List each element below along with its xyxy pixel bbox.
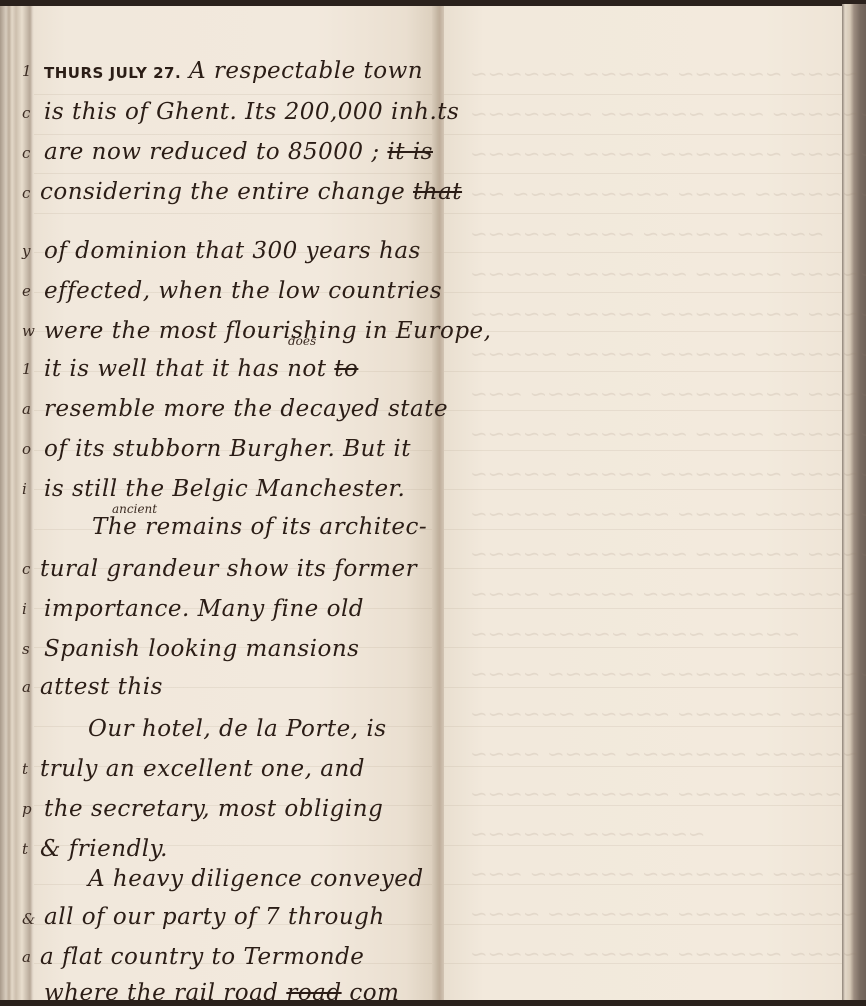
journal-line-17: Our hotel, de la Porte, is xyxy=(88,718,387,741)
journal-line-8: it is well that it has not to xyxy=(44,358,358,381)
journal-line-12: The remains of its architec- xyxy=(92,516,427,539)
inserted-word: does xyxy=(288,334,316,348)
journal-line-22: all of our party of 7 through xyxy=(44,906,385,929)
journal-line-18: truly an excellent one, and xyxy=(40,758,365,781)
journal-line-23: a flat country to Termonde xyxy=(40,946,364,969)
journal-line-15: Spanish looking mansions xyxy=(44,638,359,661)
journal-line-10: of its stubborn Burgher. But it xyxy=(44,438,411,461)
page-ruling-line xyxy=(444,292,844,293)
page-ruling-line xyxy=(444,568,844,569)
journal-line-5: of dominion that 300 years has xyxy=(44,240,421,263)
date-header: THURS JULY 27. xyxy=(44,64,181,82)
page-ruling-line xyxy=(444,608,844,609)
journal-line-4: considering the entire change that xyxy=(40,181,462,204)
journal-line-3: are now reduced to 85000 ; it is xyxy=(44,141,433,164)
journal-line-20: & friendly. xyxy=(40,838,168,861)
page-ruling-line xyxy=(34,134,438,135)
page-ruling-line xyxy=(444,371,844,372)
journal-line-6: effected, when the low countries xyxy=(44,280,442,303)
journal-line-7: were the most flourishing in Europe, xyxy=(44,320,491,343)
page-ruling-line xyxy=(444,134,844,135)
journal-line-19: the secretary, most obliging xyxy=(44,798,383,821)
journal-line-16: attest this xyxy=(40,676,163,699)
journal-line-11: is still the Belgic Manchester. xyxy=(44,478,405,501)
struck-text: to xyxy=(334,356,358,382)
page-ruling-line xyxy=(444,726,844,727)
previous-page-margin-stubs: 1 c c c y e w 1 a o i c i s a t p t & a xyxy=(18,0,34,1000)
struck-text: that xyxy=(413,179,462,205)
journal-line-21: A heavy diligence conveyed xyxy=(88,868,424,891)
struck-text: it is xyxy=(387,139,433,165)
page-ruling-line xyxy=(444,529,844,530)
page-ruling-line xyxy=(34,173,438,174)
journal-line-14: importance. Many fine old xyxy=(44,598,364,621)
page-ruling-line xyxy=(34,94,438,95)
page-ruling-line xyxy=(444,489,844,490)
page-ruling-line xyxy=(444,450,844,451)
journal-line-2: is this of Ghent. Its 200,000 inh.ts xyxy=(44,101,459,124)
page-ruling-line xyxy=(444,410,844,411)
page-ruling-line xyxy=(444,687,844,688)
page-ruling-line xyxy=(444,173,844,174)
page-ruling-line xyxy=(444,94,844,95)
journal-line-24: where the rail road road com xyxy=(44,982,399,1000)
journal-line-13: tural grandeur show its former xyxy=(40,558,417,581)
page-ruling-line xyxy=(34,213,438,214)
page-ruling-line xyxy=(444,331,844,332)
journal-line-1: THURS JULY 27. A respectable town xyxy=(44,60,423,83)
page-ruling-line xyxy=(444,213,844,214)
page-ruling-line xyxy=(444,252,844,253)
struck-text: road xyxy=(286,980,341,1000)
page-ruling-line xyxy=(444,647,844,648)
journal-spread: THURS JULY 27. A respectable town is thi… xyxy=(0,0,866,1000)
journal-line-9: resemble more the decayed state xyxy=(44,398,448,421)
